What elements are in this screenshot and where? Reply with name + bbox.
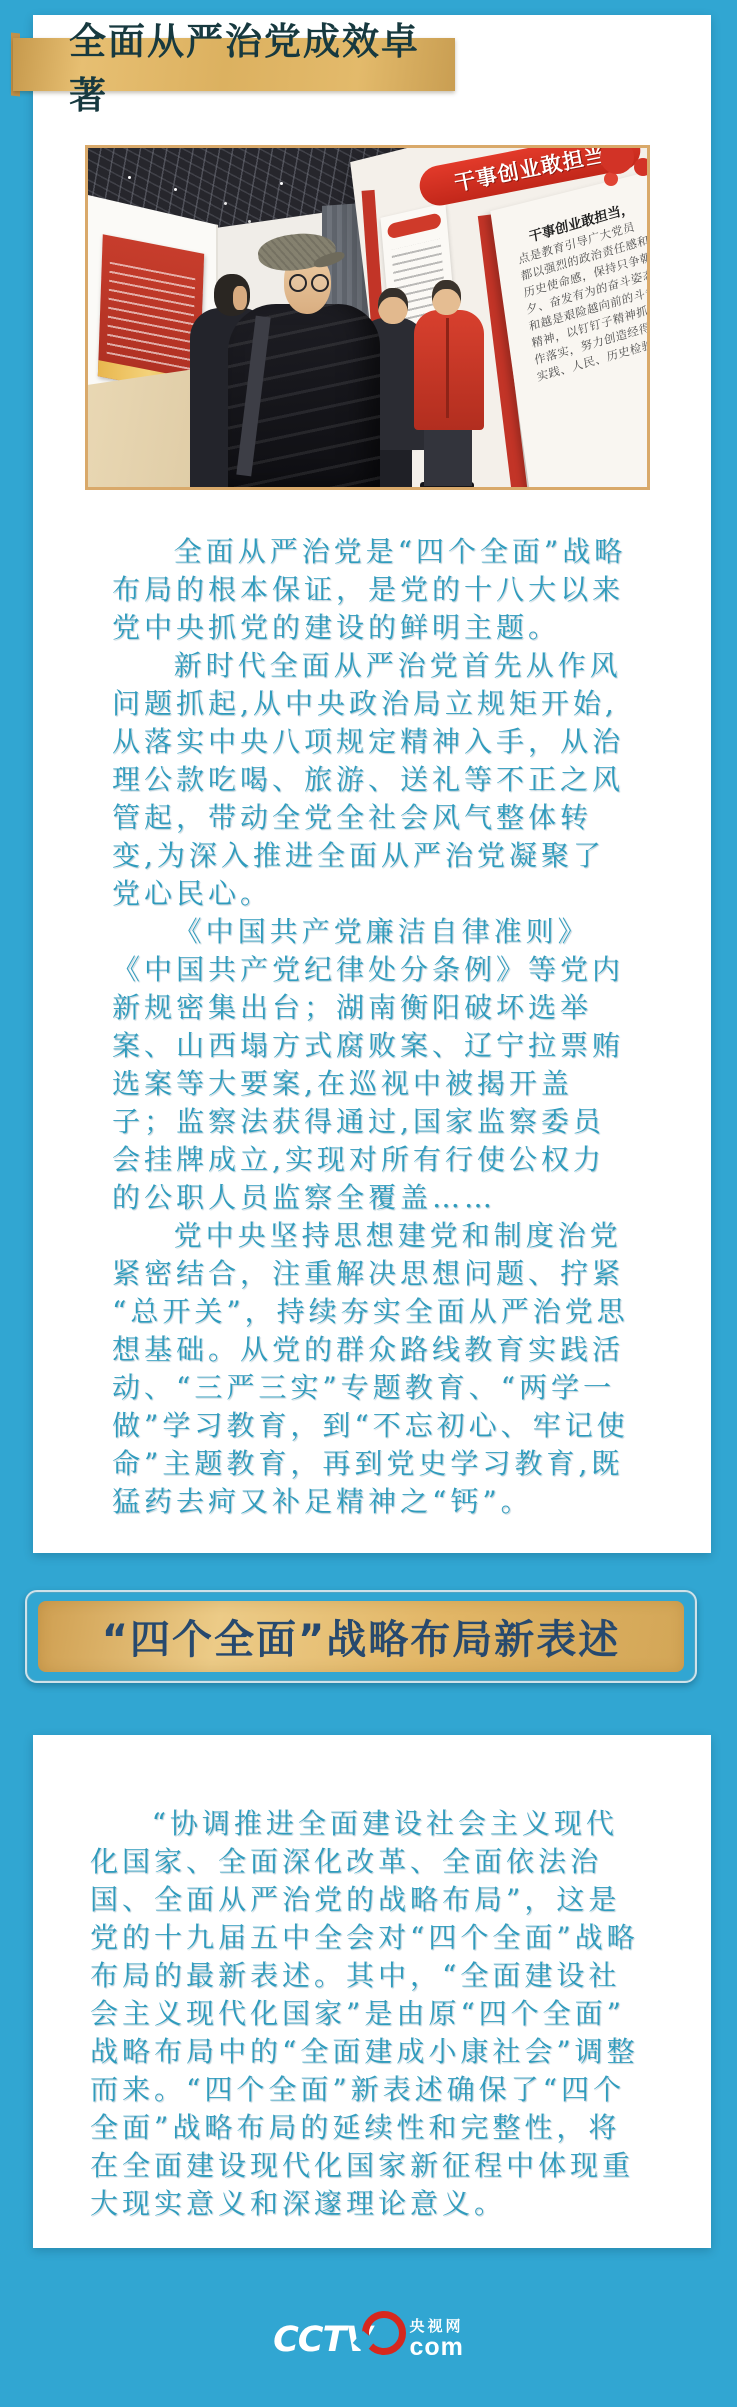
paragraph: 新时代全面从严治党首先从作风问题抓起,从中央政治局立规矩开始,从落实中央八项规定… (112, 647, 634, 913)
section2-body-text: “协调推进全面建设社会主义现代化国家、全面深化改革、全面依法治国、全面从严治党的… (90, 1805, 648, 2223)
paragraph: “协调推进全面建设社会主义现代化国家、全面深化改革、全面依法治国、全面从严治党的… (90, 1805, 648, 2223)
photo-visitor-3-head (378, 288, 408, 324)
photo-visitor-4-red-jacket (414, 310, 484, 430)
article-card-2: “协调推进全面建设社会主义现代化国家、全面深化改革、全面依法治国、全面从严治党的… (33, 1735, 711, 2248)
paragraph: 全面从严治党是“四个全面”战略布局的根本保证，是党的十八大以来党中央抓党的建设的… (112, 533, 634, 647)
paragraph: 《中国共产党廉洁自律准则》《中国共产党纪律处分条例》等党内新规密集出台；湖南衡阳… (112, 913, 634, 1217)
section1-title-ribbon: 全面从严治党成效卓著 (13, 38, 455, 91)
cctv-logo-right-block: 央视网 com (409, 2318, 463, 2359)
section2-title-gold-plate: “四个全面”战略布局新表述 (38, 1601, 684, 1672)
section2-title: “四个全面”战略布局新表述 (102, 1608, 621, 1665)
section2-title-banner: “四个全面”战略布局新表述 (25, 1590, 697, 1683)
photo-visitor-4-legs (424, 428, 472, 486)
section1-title: 全面从严治党成效卓著 (69, 11, 455, 119)
photo-main-visitor-glasses (289, 274, 329, 291)
cctv-logo-com: com (409, 2335, 463, 2359)
photo-visitor-4-head (432, 280, 461, 315)
article-card-1: 干事创业敢担当 干事创业敢担当， 点是教育引导广大党员 都以强烈的政治责任感和 … (33, 15, 711, 1553)
paragraph: 党中央坚持思想建党和制度治党紧密结合，注重解决思想问题、拧紧“总开关”，持续夯实… (112, 1217, 634, 1521)
footer: CCTV 央视网 com (0, 2300, 737, 2360)
cctv-logo-red-ring-icon (362, 2311, 406, 2355)
photo-ceiling-lights (128, 176, 131, 179)
photo-visitor-2-head (214, 274, 250, 316)
section1-body-text: 全面从严治党是“四个全面”战略布局的根本保证，是党的十八大以来党中央抓党的建设的… (112, 533, 634, 1521)
exhibition-photo: 干事创业敢担当 干事创业敢担当， 点是教育引导广大党员 都以强烈的政治责任感和 … (85, 145, 650, 490)
